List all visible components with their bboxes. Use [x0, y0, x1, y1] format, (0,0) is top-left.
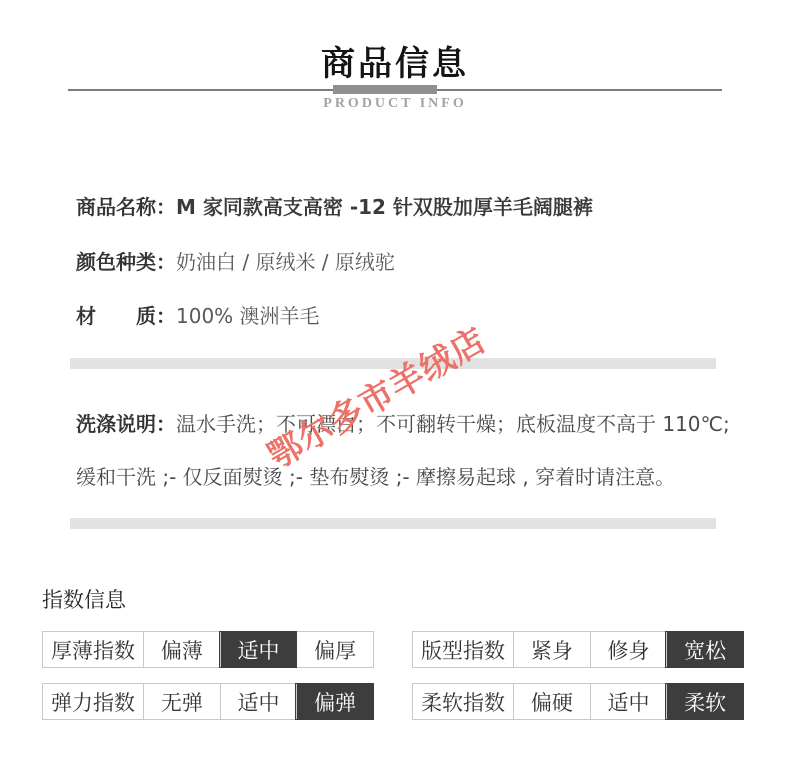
thickness-option-medium: 适中 [220, 632, 297, 667]
elasticity-option-none: 无弹 [143, 684, 220, 719]
elasticity-option-stretchy: 偏弹 [296, 684, 373, 719]
color-types-label: 颜色种类： [76, 250, 176, 274]
color-types-row: 颜色种类：奶油白 / 原绒米 / 原绒驼 [76, 246, 395, 275]
fit-option-tight: 紧身 [513, 632, 590, 667]
page-title: 商品信息 [0, 36, 790, 85]
material-row: 材 质：100% 澳洲羊毛 [76, 300, 320, 329]
product-info-panel: 商品信息 PRODUCT INFO 商品名称：M 家同款高支高密 -12 针双股… [0, 0, 790, 781]
thickness-index-label: 厚薄指数 [43, 632, 143, 667]
fit-option-slim: 修身 [590, 632, 667, 667]
wash-text-1: 温水手洗；不可漂白；不可翻转干燥；底板温度不高于 110℃; [176, 412, 730, 436]
elasticity-option-medium: 适中 [220, 684, 297, 719]
elasticity-index-row: 弹力指数 无弹 适中 偏弹 [42, 683, 374, 720]
material-label: 材 质： [76, 304, 176, 328]
fit-index-label: 版型指数 [413, 632, 513, 667]
wash-text-2: 缓和干洗 ;- 仅反面熨烫 ;- 垫布熨烫 ;- 摩擦易起球 , 穿着时请注意。 [76, 465, 675, 489]
thickness-index-row: 厚薄指数 偏薄 适中 偏厚 [42, 631, 374, 668]
material-value: 100% 澳洲羊毛 [176, 304, 320, 328]
index-section-heading: 指数信息 [42, 584, 126, 614]
product-name-row: 商品名称：M 家同款高支高密 -12 针双股加厚羊毛阔腿裤 [76, 191, 593, 220]
softness-option-medium: 适中 [590, 684, 667, 719]
header-divider-center-bar [333, 85, 437, 94]
product-name-value: M 家同款高支高密 -12 针双股加厚羊毛阔腿裤 [176, 195, 593, 219]
wash-label: 洗涤说明： [76, 412, 176, 436]
product-name-label: 商品名称： [76, 195, 176, 219]
wash-instructions-line2: 缓和干洗 ;- 仅反面熨烫 ;- 垫布熨烫 ;- 摩擦易起球 , 穿着时请注意。 [76, 461, 675, 490]
elasticity-index-label: 弹力指数 [43, 684, 143, 719]
wash-instructions-line1: 洗涤说明：温水手洗；不可漂白；不可翻转干燥；底板温度不高于 110℃; [76, 408, 730, 437]
color-types-value: 奶油白 / 原绒米 / 原绒驼 [176, 250, 395, 274]
softness-option-hard: 偏硬 [513, 684, 590, 719]
section-divider-bottom [70, 518, 716, 529]
page-subtitle: PRODUCT INFO [0, 96, 790, 112]
thickness-option-thin: 偏薄 [143, 632, 220, 667]
softness-index-row: 柔软指数 偏硬 适中 柔软 [412, 683, 744, 720]
fit-option-loose: 宽松 [666, 632, 743, 667]
softness-index-label: 柔软指数 [413, 684, 513, 719]
thickness-option-thick: 偏厚 [296, 632, 373, 667]
shop-watermark: 鄂尔多市羊绒店 [257, 313, 494, 478]
softness-option-soft: 柔软 [666, 684, 743, 719]
fit-index-row: 版型指数 紧身 修身 宽松 [412, 631, 744, 668]
